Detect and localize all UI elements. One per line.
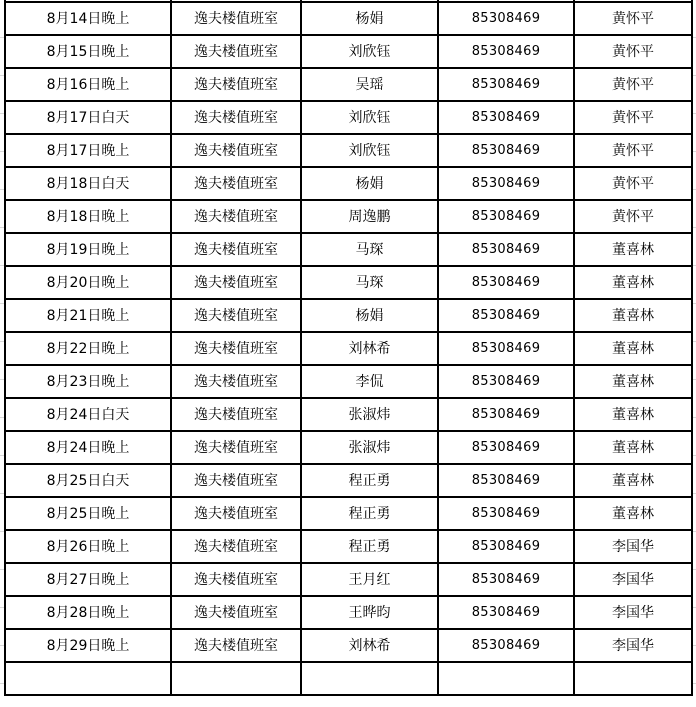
leader-cell[interactable]: 李国华 bbox=[574, 563, 692, 596]
location-cell[interactable]: 逸夫楼值班室 bbox=[171, 167, 301, 200]
leader-cell[interactable]: 董喜林 bbox=[574, 299, 692, 332]
date-shift-cell[interactable]: 8月18日白天 bbox=[5, 167, 171, 200]
table-row: 8月22日晚上逸夫楼值班室刘林希85308469董喜林 bbox=[5, 332, 692, 365]
date-shift-cell[interactable]: 8月21日晚上 bbox=[5, 299, 171, 332]
leader-cell[interactable]: 黄怀平 bbox=[574, 68, 692, 101]
phone-cell[interactable]: 85308469 bbox=[438, 431, 574, 464]
leader-cell[interactable] bbox=[574, 662, 692, 695]
location-cell[interactable]: 逸夫楼值班室 bbox=[171, 365, 301, 398]
table-row: 8月18日白天逸夫楼值班室杨娟85308469黄怀平 bbox=[5, 167, 692, 200]
date-shift-cell[interactable]: 8月24日晚上 bbox=[5, 431, 171, 464]
date-shift-cell[interactable]: 8月27日晚上 bbox=[5, 563, 171, 596]
phone-cell[interactable]: 85308469 bbox=[438, 68, 574, 101]
phone-cell[interactable]: 85308469 bbox=[438, 167, 574, 200]
date-shift-cell[interactable]: 8月25日晚上 bbox=[5, 497, 171, 530]
date-shift-cell[interactable]: 8月17日晚上 bbox=[5, 134, 171, 167]
location-cell[interactable]: 逸夫楼值班室 bbox=[171, 464, 301, 497]
leader-cell[interactable]: 李国华 bbox=[574, 530, 692, 563]
table-row: 8月29日晚上逸夫楼值班室刘林希85308469李国华 bbox=[5, 629, 692, 662]
date-shift-cell[interactable]: 8月17日白天 bbox=[5, 101, 171, 134]
location-cell[interactable] bbox=[171, 662, 301, 695]
location-cell[interactable]: 逸夫楼值班室 bbox=[171, 431, 301, 464]
phone-cell[interactable]: 85308469 bbox=[438, 398, 574, 431]
table-row: 8月28日晚上逸夫楼值班室王晔昀85308469李国华 bbox=[5, 596, 692, 629]
location-cell[interactable]: 逸夫楼值班室 bbox=[171, 299, 301, 332]
leader-cell[interactable]: 黄怀平 bbox=[574, 134, 692, 167]
duty-person-cell[interactable]: 王月红 bbox=[301, 563, 438, 596]
location-cell[interactable]: 逸夫楼值班室 bbox=[171, 101, 301, 134]
date-shift-cell[interactable]: 8月28日晚上 bbox=[5, 596, 171, 629]
location-cell[interactable]: 逸夫楼值班室 bbox=[171, 68, 301, 101]
location-cell[interactable]: 逸夫楼值班室 bbox=[171, 134, 301, 167]
phone-cell[interactable]: 85308469 bbox=[438, 563, 574, 596]
phone-cell[interactable]: 85308469 bbox=[438, 332, 574, 365]
leader-cell[interactable]: 董喜林 bbox=[574, 365, 692, 398]
phone-cell[interactable]: 85308469 bbox=[438, 497, 574, 530]
location-cell[interactable]: 逸夫楼值班室 bbox=[171, 2, 301, 35]
date-shift-cell[interactable]: 8月20日晚上 bbox=[5, 266, 171, 299]
phone-cell[interactable]: 85308469 bbox=[438, 134, 574, 167]
leader-cell[interactable]: 黄怀平 bbox=[574, 101, 692, 134]
phone-cell[interactable]: 85308469 bbox=[438, 266, 574, 299]
date-shift-cell[interactable]: 8月25日白天 bbox=[5, 464, 171, 497]
location-cell[interactable]: 逸夫楼值班室 bbox=[171, 629, 301, 662]
leader-cell[interactable]: 董喜林 bbox=[574, 431, 692, 464]
duty-schedule-table: 8月14日晚上逸夫楼值班室杨娟85308469黄怀平8月15日晚上逸夫楼值班室刘… bbox=[4, 0, 693, 696]
location-cell[interactable]: 逸夫楼值班室 bbox=[171, 35, 301, 68]
phone-cell[interactable]: 85308469 bbox=[438, 200, 574, 233]
location-cell[interactable]: 逸夫楼值班室 bbox=[171, 200, 301, 233]
duty-person-cell[interactable]: 刘林希 bbox=[301, 629, 438, 662]
duty-person-cell[interactable]: 王晔昀 bbox=[301, 596, 438, 629]
duty-person-cell[interactable]: 杨娟 bbox=[301, 299, 438, 332]
leader-cell[interactable]: 董喜林 bbox=[574, 398, 692, 431]
phone-cell[interactable]: 85308469 bbox=[438, 299, 574, 332]
phone-cell[interactable] bbox=[438, 662, 574, 695]
phone-cell[interactable]: 85308469 bbox=[438, 629, 574, 662]
table-row: 8月17日白天逸夫楼值班室刘欣钰85308469黄怀平 bbox=[5, 101, 692, 134]
location-cell[interactable]: 逸夫楼值班室 bbox=[171, 497, 301, 530]
table-row: 8月19日晚上逸夫楼值班室马琛85308469董喜林 bbox=[5, 233, 692, 266]
leader-cell[interactable]: 董喜林 bbox=[574, 266, 692, 299]
phone-cell[interactable]: 85308469 bbox=[438, 2, 574, 35]
location-cell[interactable]: 逸夫楼值班室 bbox=[171, 530, 301, 563]
date-shift-cell[interactable]: 8月29日晚上 bbox=[5, 629, 171, 662]
phone-cell[interactable]: 85308469 bbox=[438, 35, 574, 68]
duty-person-cell[interactable]: 周逸鹏 bbox=[301, 200, 438, 233]
duty-person-cell[interactable] bbox=[301, 662, 438, 695]
table-row bbox=[5, 662, 692, 695]
phone-cell[interactable]: 85308469 bbox=[438, 101, 574, 134]
leader-cell[interactable]: 黄怀平 bbox=[574, 2, 692, 35]
leader-cell[interactable]: 董喜林 bbox=[574, 233, 692, 266]
leader-cell[interactable]: 董喜林 bbox=[574, 497, 692, 530]
leader-cell[interactable]: 董喜林 bbox=[574, 464, 692, 497]
phone-cell[interactable]: 85308469 bbox=[438, 365, 574, 398]
leader-cell[interactable]: 李国华 bbox=[574, 596, 692, 629]
date-shift-cell[interactable]: 8月24日白天 bbox=[5, 398, 171, 431]
duty-person-cell[interactable]: 程正勇 bbox=[301, 497, 438, 530]
table-row: 8月17日晚上逸夫楼值班室刘欣钰85308469黄怀平 bbox=[5, 134, 692, 167]
phone-cell[interactable]: 85308469 bbox=[438, 464, 574, 497]
location-cell[interactable]: 逸夫楼值班室 bbox=[171, 563, 301, 596]
location-cell[interactable]: 逸夫楼值班室 bbox=[171, 332, 301, 365]
leader-cell[interactable]: 董喜林 bbox=[574, 332, 692, 365]
table-row: 8月15日晚上逸夫楼值班室刘欣钰85308469黄怀平 bbox=[5, 35, 692, 68]
duty-person-cell[interactable]: 张淑炜 bbox=[301, 398, 438, 431]
duty-person-cell[interactable]: 刘欣钰 bbox=[301, 134, 438, 167]
duty-person-cell[interactable]: 吴瑶 bbox=[301, 68, 438, 101]
date-shift-cell[interactable]: 8月18日晚上 bbox=[5, 200, 171, 233]
table-row: 8月20日晚上逸夫楼值班室马琛85308469董喜林 bbox=[5, 266, 692, 299]
date-shift-cell[interactable]: 8月14日晚上 bbox=[5, 2, 171, 35]
table-row: 8月24日晚上逸夫楼值班室张淑炜85308469董喜林 bbox=[5, 431, 692, 464]
duty-person-cell[interactable]: 马琛 bbox=[301, 266, 438, 299]
leader-cell[interactable]: 黄怀平 bbox=[574, 35, 692, 68]
table-row: 8月27日晚上逸夫楼值班室王月红85308469李国华 bbox=[5, 563, 692, 596]
duty-person-cell[interactable]: 程正勇 bbox=[301, 530, 438, 563]
table-row: 8月16日晚上逸夫楼值班室吴瑶85308469黄怀平 bbox=[5, 68, 692, 101]
table-row: 8月14日晚上逸夫楼值班室杨娟85308469黄怀平 bbox=[5, 2, 692, 35]
date-shift-cell[interactable]: 8月22日晚上 bbox=[5, 332, 171, 365]
leader-cell[interactable]: 黄怀平 bbox=[574, 167, 692, 200]
phone-cell[interactable]: 85308469 bbox=[438, 596, 574, 629]
date-shift-cell[interactable]: 8月15日晚上 bbox=[5, 35, 171, 68]
location-cell[interactable]: 逸夫楼值班室 bbox=[171, 233, 301, 266]
table-row: 8月25日白天逸夫楼值班室程正勇85308469董喜林 bbox=[5, 464, 692, 497]
leader-cell[interactable]: 李国华 bbox=[574, 629, 692, 662]
duty-person-cell[interactable]: 刘欣钰 bbox=[301, 101, 438, 134]
duty-person-cell[interactable]: 杨娟 bbox=[301, 2, 438, 35]
duty-schedule-body: 8月14日晚上逸夫楼值班室杨娟85308469黄怀平8月15日晚上逸夫楼值班室刘… bbox=[5, 0, 692, 695]
location-cell[interactable]: 逸夫楼值班室 bbox=[171, 596, 301, 629]
duty-person-cell[interactable]: 刘林希 bbox=[301, 332, 438, 365]
duty-person-cell[interactable]: 马琛 bbox=[301, 233, 438, 266]
date-shift-cell[interactable]: 8月16日晚上 bbox=[5, 68, 171, 101]
duty-person-cell[interactable]: 杨娟 bbox=[301, 167, 438, 200]
table-row: 8月26日晚上逸夫楼值班室程正勇85308469李国华 bbox=[5, 530, 692, 563]
phone-cell[interactable]: 85308469 bbox=[438, 233, 574, 266]
date-shift-cell[interactable]: 8月23日晚上 bbox=[5, 365, 171, 398]
date-shift-cell[interactable]: 8月26日晚上 bbox=[5, 530, 171, 563]
leader-cell[interactable]: 黄怀平 bbox=[574, 200, 692, 233]
table-row: 8月25日晚上逸夫楼值班室程正勇85308469董喜林 bbox=[5, 497, 692, 530]
phone-cell[interactable]: 85308469 bbox=[438, 530, 574, 563]
location-cell[interactable]: 逸夫楼值班室 bbox=[171, 266, 301, 299]
table-row: 8月24日白天逸夫楼值班室张淑炜85308469董喜林 bbox=[5, 398, 692, 431]
table-row: 8月23日晚上逸夫楼值班室李侃85308469董喜林 bbox=[5, 365, 692, 398]
table-row: 8月18日晚上逸夫楼值班室周逸鹏85308469黄怀平 bbox=[5, 200, 692, 233]
date-shift-cell[interactable] bbox=[5, 662, 171, 695]
date-shift-cell[interactable]: 8月19日晚上 bbox=[5, 233, 171, 266]
duty-person-cell[interactable]: 李侃 bbox=[301, 365, 438, 398]
duty-person-cell[interactable]: 程正勇 bbox=[301, 464, 438, 497]
table-row: 8月21日晚上逸夫楼值班室杨娟85308469董喜林 bbox=[5, 299, 692, 332]
location-cell[interactable]: 逸夫楼值班室 bbox=[171, 398, 301, 431]
duty-person-cell[interactable]: 刘欣钰 bbox=[301, 35, 438, 68]
duty-person-cell[interactable]: 张淑炜 bbox=[301, 431, 438, 464]
